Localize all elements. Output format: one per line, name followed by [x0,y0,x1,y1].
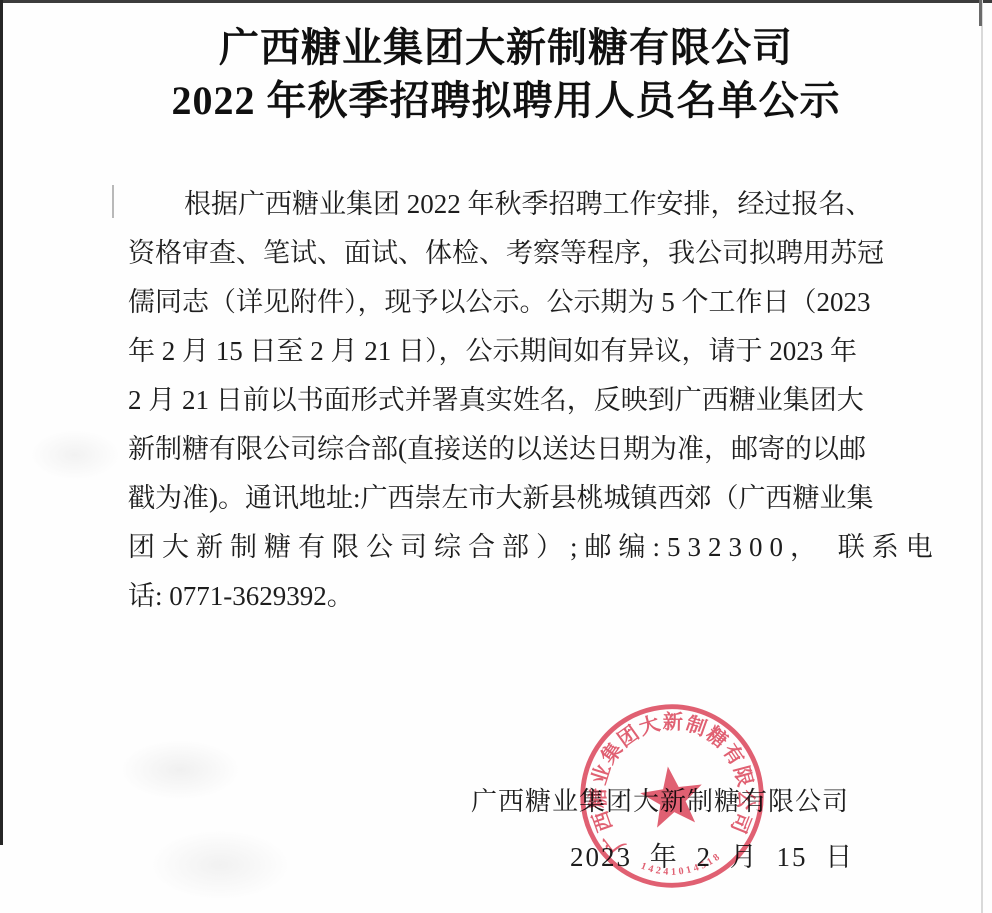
body-line: 团大新制糖有限公司综合部）;邮编:532300， 联系电 [128,523,898,572]
body-line: 话: 0771-3629392。 [128,572,898,621]
company-seal: 广西糖业集团大新制糖有限公司 14241014518 [564,688,781,905]
announcement-page: 广西糖业集团大新制糖有限公司 2022 年秋季招聘拟聘用人员名单公示 根据广西糖… [0,0,992,913]
document-title-line-2: 2022 年秋季招聘拟聘用人员名单公示 [110,74,902,127]
scan-smudge [30,430,120,480]
scan-line-right [981,0,983,913]
document-title: 广西糖业集团大新制糖有限公司 2022 年秋季招聘拟聘用人员名单公示 [110,21,902,127]
body-line: 资格审查、笔试、面试、体检、考察等程序，我公司拟聘用苏冠 [128,229,898,278]
scan-line-right-dark [979,0,982,26]
scan-smudge [150,830,290,900]
scan-edge-top [0,0,992,3]
scan-smudge [120,740,240,800]
body-line: 新制糖有限公司综合部(直接送的以送达日期为准，邮寄的以邮 [128,425,898,474]
body-line: 根据广西糖业集团 2022 年秋季招聘工作安排，经过报名、 [128,180,898,229]
body-line: 年 2 月 15 日至 2 月 21 日），公示期间如有异议，请于 2023 年 [128,327,898,376]
body-line: 2 月 21 日前以书面形式并署真实姓名，反映到广西糖业集团大 [128,376,898,425]
seal-star-icon [637,762,707,829]
scan-edge-left [0,0,3,845]
body-paragraph: 根据广西糖业集团 2022 年秋季招聘工作安排，经过报名、 资格审查、笔试、面试… [128,180,898,621]
body-line: 戳为准)。通讯地址:广西崇左市大新县桃城镇西郊（广西糖业集 [128,474,898,523]
body-line: 儒同志（详见附件），现予以公示。公示期为 5 个工作日（2023 [128,278,898,327]
document-title-line-1: 广西糖业集团大新制糖有限公司 [110,21,902,74]
scan-artifact-line [112,185,114,218]
